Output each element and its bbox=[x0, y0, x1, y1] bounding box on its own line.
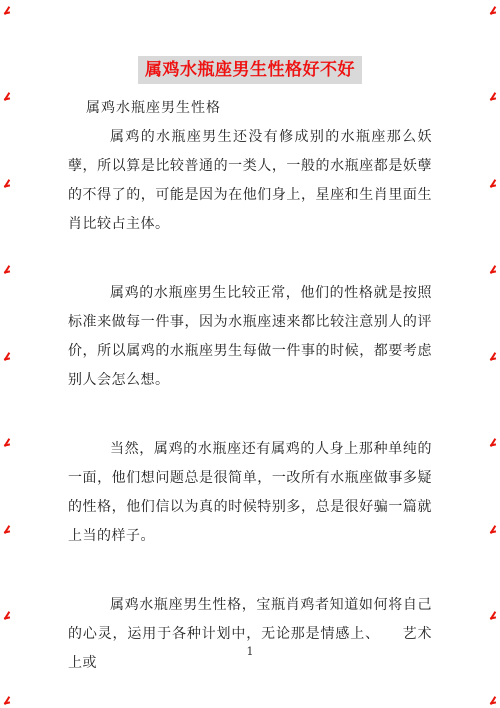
edge-mark-icon bbox=[489, 611, 497, 621]
edge-mark-icon bbox=[3, 525, 11, 535]
page-number: 1 bbox=[0, 645, 500, 658]
edge-mark-icon bbox=[489, 696, 497, 706]
page-title: 属鸡水瓶座男生性格好不好 bbox=[138, 56, 362, 84]
edge-mark-icon bbox=[489, 179, 497, 189]
edge-mark-icon bbox=[3, 92, 11, 102]
paragraph: 当然，属鸡的水瓶座还有属鸡的人身上那种单纯的一面，他们想问题总是很简单，一改所有… bbox=[68, 435, 432, 551]
edge-mark-icon bbox=[489, 352, 497, 362]
edge-mark-icon bbox=[3, 6, 11, 16]
edge-mark-icon bbox=[489, 525, 497, 535]
edge-mark-icon bbox=[489, 438, 497, 448]
paragraph: 属鸡水瓶座男生性格，宝瓶肖鸡者知道如何将自己的心灵，运用于各种计划中，无论那是情… bbox=[68, 591, 432, 678]
edge-mark-icon bbox=[489, 6, 497, 16]
edge-mark-icon bbox=[3, 265, 11, 275]
edge-mark-icon bbox=[3, 611, 11, 621]
paragraph: 属鸡的水瓶座男生还没有修成别的水瓶座那么妖孽，所以算是比较普通的一类人，一般的水… bbox=[68, 123, 432, 239]
edge-mark-icon bbox=[489, 265, 497, 275]
edge-mark-icon bbox=[3, 438, 11, 448]
title-row: 属鸡水瓶座男生性格好不好 bbox=[0, 56, 500, 84]
section-heading: 属鸡水瓶座男生性格 bbox=[68, 94, 432, 123]
text-column: 属鸡水瓶座男生性格 属鸡的水瓶座男生还没有修成别的水瓶座那么妖孽，所以算是比较普… bbox=[0, 94, 500, 678]
edge-mark-icon bbox=[3, 352, 11, 362]
document-page: 属鸡水瓶座男生性格好不好 属鸡水瓶座男生性格 属鸡的水瓶座男生还没有修成别的水瓶… bbox=[0, 0, 500, 708]
edge-mark-icon bbox=[489, 92, 497, 102]
edge-mark-icon bbox=[3, 696, 11, 706]
paragraph: 属鸡的水瓶座男生比较正常，他们的性格就是按照标准来做每一件事，因为水瓶座速来都比… bbox=[68, 279, 432, 395]
edge-mark-icon bbox=[3, 179, 11, 189]
body-paragraphs: 属鸡的水瓶座男生还没有修成别的水瓶座那么妖孽，所以算是比较普通的一类人，一般的水… bbox=[68, 123, 432, 678]
